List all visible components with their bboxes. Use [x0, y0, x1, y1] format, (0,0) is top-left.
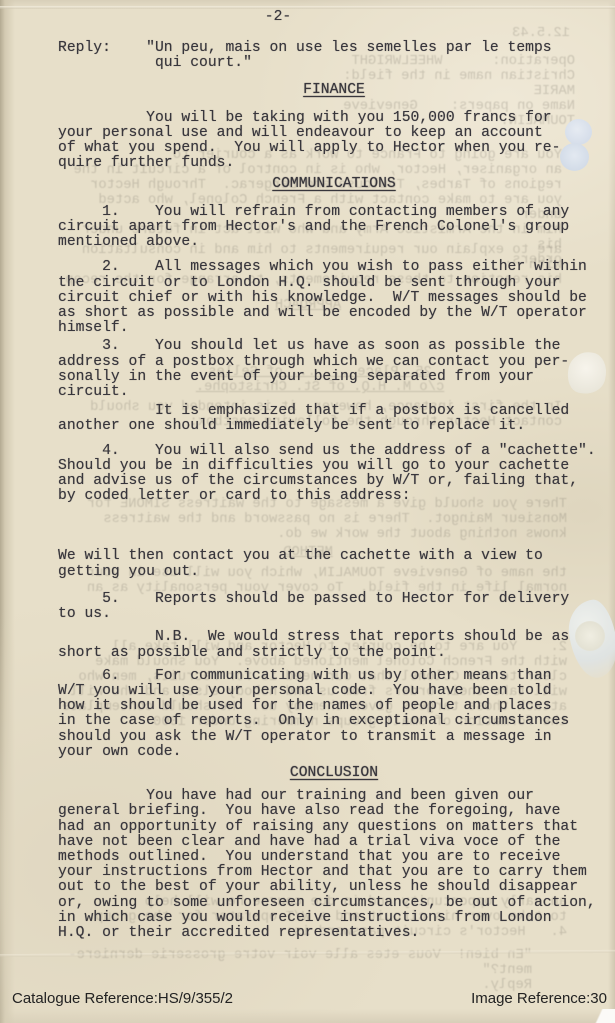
communications-paragraph-2: 2. All messages which you wish to pass e…	[58, 260, 610, 336]
reply-line: Reply: "Un peu, mais on use les semelles…	[58, 41, 610, 71]
bleedthrough-text: "En bien! Vous etes alle voir votre gros…	[52, 948, 532, 993]
typed-content: -2- Reply: "Un peu, mais on use les seme…	[58, 10, 610, 941]
conclusion-heading: CONCLUSION	[58, 766, 610, 781]
communications-heading: COMMUNICATIONS	[58, 177, 610, 192]
communications-paragraph-1: 1. You will refrain from contacting memb…	[58, 205, 610, 251]
scanned-document-page: 12.5.43 Operation: WHEELWRIGHT Christian…	[0, 0, 615, 1023]
conclusion-paragraph: You have had our training and been given…	[58, 789, 610, 941]
catalogue-reference: Catalogue Reference:HS/9/355/2	[12, 990, 233, 1008]
communications-paragraph-3b: It is emphasized that if a postbox is ca…	[58, 404, 610, 434]
page-corner-tear	[585, 1009, 615, 1023]
image-reference: Image Reference:30	[471, 990, 607, 1008]
communications-paragraph-4: 4. You will also send us the address of …	[58, 444, 610, 505]
finance-heading: FINANCE	[58, 83, 610, 98]
finance-paragraph: You will be taking with you 150,000 fran…	[58, 111, 610, 172]
communications-paragraph-5: 5. Reports should be passed to Hector fo…	[58, 592, 610, 622]
communications-paragraph-5b: N.B. We would stress that reports should…	[58, 630, 610, 660]
page-number: -2-	[2, 10, 554, 25]
archive-footer: Catalogue Reference:HS/9/355/2 Image Ref…	[0, 990, 615, 1008]
communications-paragraph-3: 3. You should let us have as soon as pos…	[58, 339, 610, 400]
communications-paragraph-6: 6. For communicating with us by other me…	[58, 669, 610, 760]
communications-paragraph-4b: We will then contact you at the cachette…	[58, 549, 610, 579]
